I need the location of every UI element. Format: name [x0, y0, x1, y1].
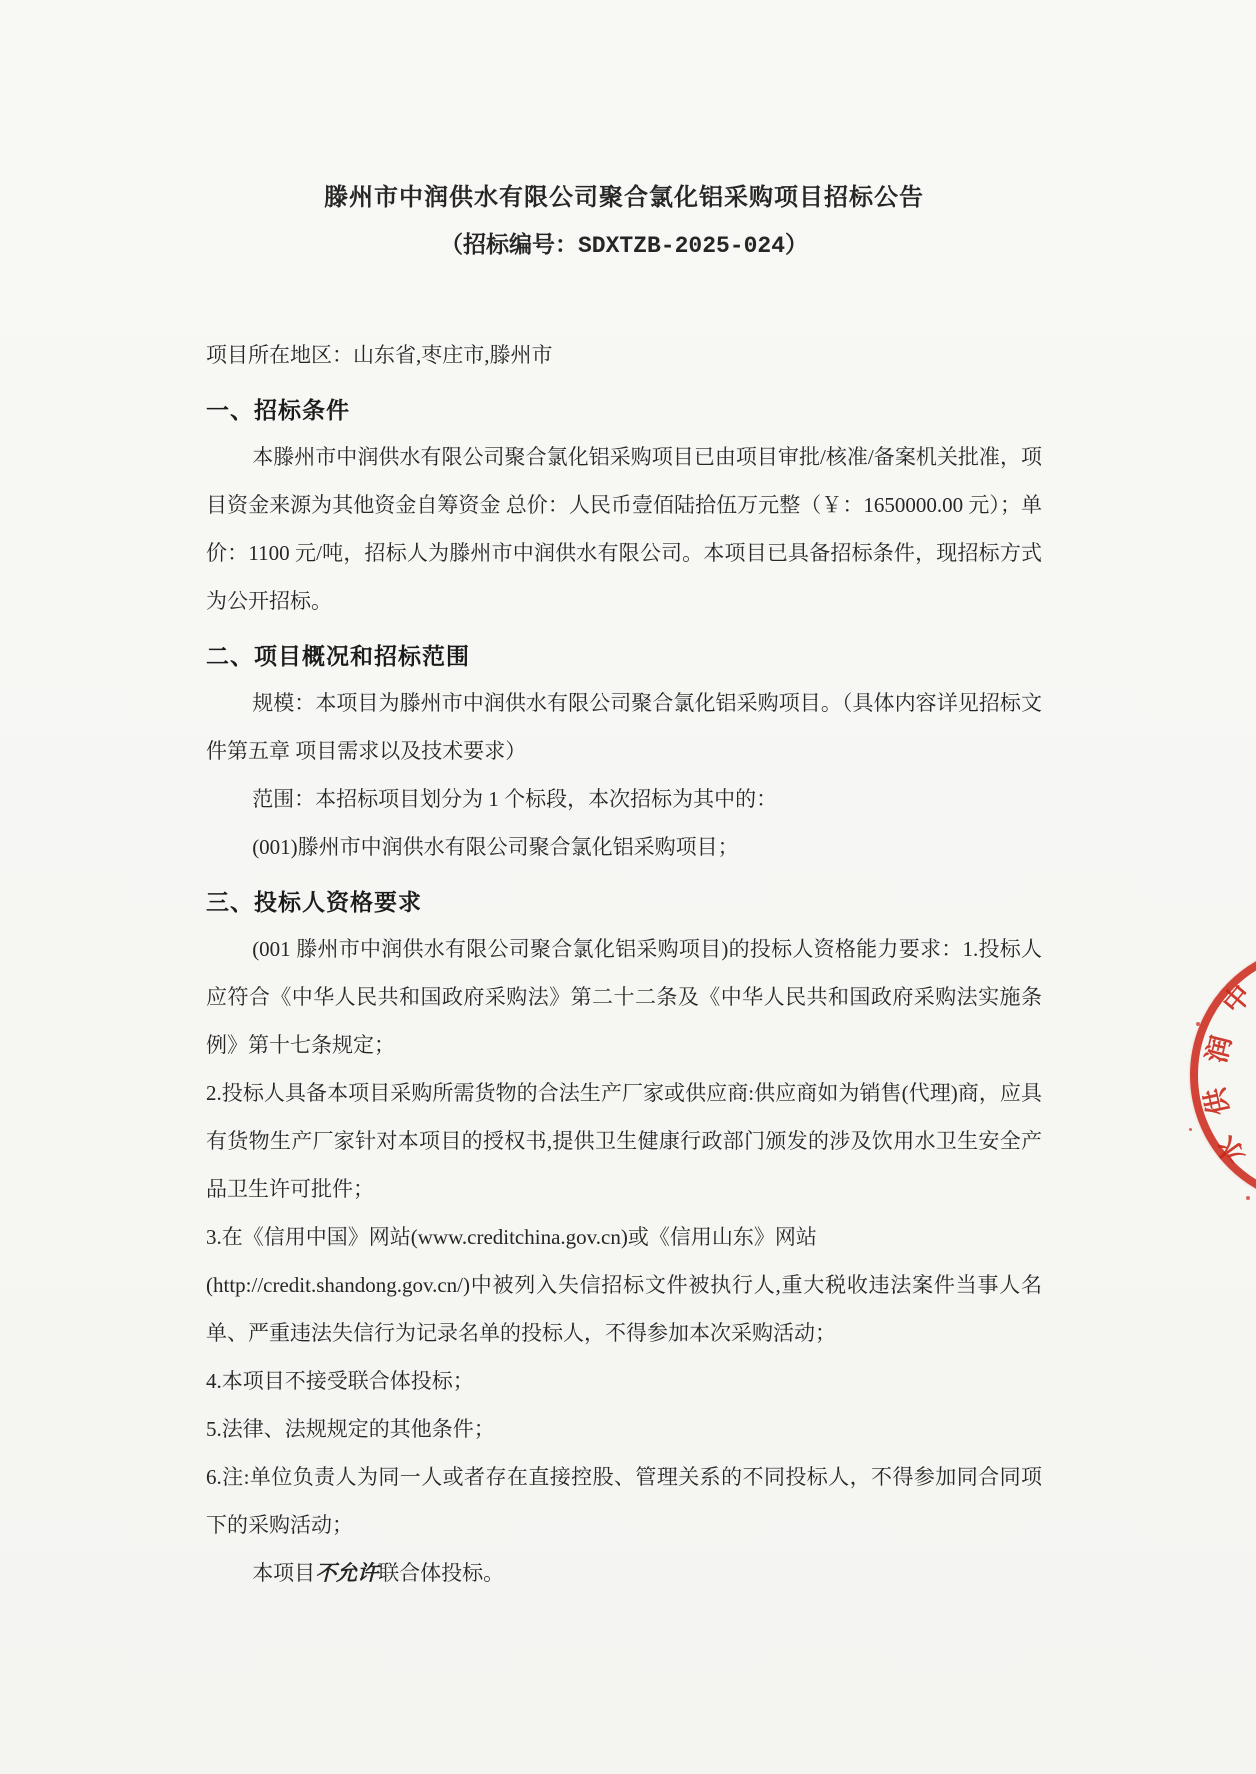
- tender-number-line: （招标编号：SDXTZB-2025-024）: [206, 230, 1042, 261]
- paragraph: 4.本项目不接受联合体投标；: [206, 1357, 1042, 1405]
- document-content: 滕州市中润供水有限公司聚合氯化铝采购项目招标公告 （招标编号：SDXTZB-20…: [206, 0, 1042, 1597]
- document-page: 滕州市中润供水有限公司聚合氯化铝采购项目招标公告 （招标编号：SDXTZB-20…: [0, 0, 1256, 1774]
- seal-ink-speck: [1189, 1128, 1192, 1131]
- paragraph: 规模：本项目为滕州市中润供水有限公司聚合氯化铝采购项目。（具体内容详见招标文件第…: [206, 679, 1042, 775]
- paragraph: 5.法律、法规规定的其他条件；: [206, 1405, 1042, 1453]
- section-heading-3: 三、投标人资格要求: [206, 885, 1042, 919]
- seal-ring-icon: [1190, 944, 1256, 1206]
- section-tender-conditions: 一、招标条件 本滕州市中润供水有限公司聚合氯化铝采购项目已由项目审批/核准/备案…: [206, 393, 1042, 625]
- tender-number-prefix: （招标编号：: [440, 232, 578, 257]
- seal-character: 供: [1201, 1085, 1233, 1117]
- paragraph: (001)滕州市中润供水有限公司聚合氯化铝采购项目；: [206, 823, 1042, 871]
- section-project-overview: 二、项目概况和招标范围 规模：本项目为滕州市中润供水有限公司聚合氯化铝采购项目。…: [206, 639, 1042, 871]
- paragraph: 6.注:单位负责人为同一人或者存在直接控股、管理关系的不同投标人，不得参加同合同…: [206, 1453, 1042, 1549]
- seal-ink-speck: [1196, 1022, 1200, 1026]
- page-title: 滕州市中润供水有限公司聚合氯化铝采购项目招标公告: [206, 182, 1042, 214]
- closing-suffix: 联合体投标。: [378, 1561, 504, 1585]
- section-heading-1: 一、招标条件: [206, 393, 1042, 427]
- section-bidder-qualifications: 三、投标人资格要求 (001 滕州市中润供水有限公司聚合氯化铝采购项目)的投标人…: [206, 885, 1042, 1597]
- paragraph: 范围：本招标项目划分为 1 个标段，本次招标为其中的：: [206, 775, 1042, 823]
- section-heading-2: 二、项目概况和招标范围: [206, 639, 1042, 673]
- seal-ink-speck: [1246, 1196, 1250, 1200]
- closing-note: 本项目不允许联合体投标。: [206, 1549, 1042, 1597]
- paragraph: 本滕州市中润供水有限公司聚合氯化铝采购项目已由项目审批/核准/备案机关批准，项目…: [206, 433, 1042, 625]
- closing-emphasis: 不允许: [315, 1561, 378, 1585]
- tender-number-suffix: ）: [785, 232, 808, 257]
- paragraph: 3.在《信用中国》网站(www.creditchina.gov.cn)或《信用山…: [206, 1213, 1042, 1357]
- paragraph: (001 滕州市中润供水有限公司聚合氯化铝采购项目)的投标人资格能力要求：1.投…: [206, 925, 1042, 1069]
- project-location-line: 项目所在地区：山东省,枣庄市,滕州市: [206, 331, 1042, 379]
- closing-prefix: 本项目: [252, 1561, 315, 1585]
- paragraph: 2.投标人具备本项目采购所需货物的合法生产厂家或供应商:供应商如为销售(代理)商…: [206, 1069, 1042, 1213]
- tender-number-code: SDXTZB-2025-024: [578, 233, 785, 259]
